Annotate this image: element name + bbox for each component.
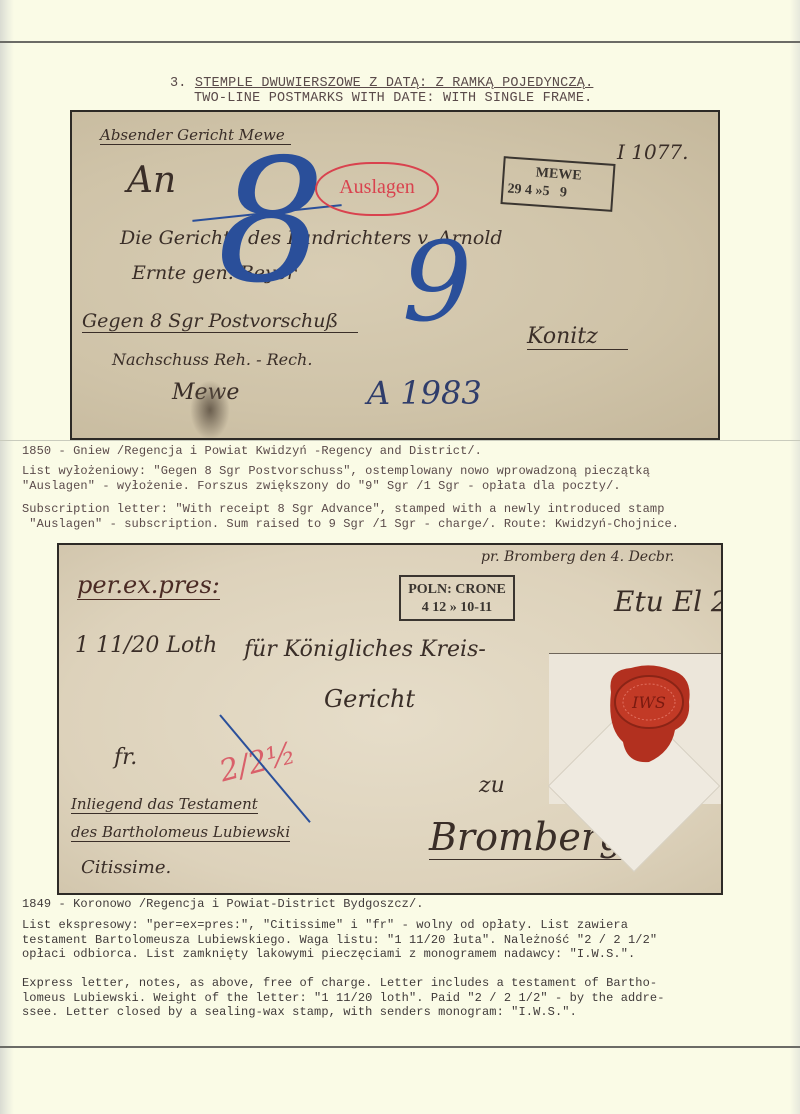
reh-note: Nachschuss Reh. - Rech. <box>112 350 312 369</box>
heading-title-en: TWO-LINE POSTMARKS WITH DATE: WITH SINGL… <box>170 91 593 106</box>
heading-title-pl: STEMPLE DWUWIERSZOWE Z DATĄ: Z RAMKĄ POJ… <box>195 76 593 91</box>
cover-1-description-pl: List wyłożeniowy: "Gegen 8 Sgr Postvorsc… <box>22 464 650 493</box>
cover-2-envelope: per.ex.pres: pr. Bromberg den 4. Decbr. … <box>57 543 723 895</box>
svg-text:IWS: IWS <box>631 693 666 712</box>
reference-number: I 1077. <box>617 140 689 164</box>
addressee-an: An <box>127 160 176 201</box>
top-rule <box>0 41 800 43</box>
citissime-note: Citissime. <box>81 857 171 878</box>
franco-mark: fr. <box>114 745 137 770</box>
auslagen-stamp: Auslagen <box>315 162 439 216</box>
cover-1-envelope: Absender Gericht Mewe I 1077. An Die Ger… <box>70 110 720 440</box>
wax-seal-icon: IWS <box>601 662 695 766</box>
poln-crone-postmark: POLN: CRONE 4 12 » 10-11 <box>399 575 515 621</box>
cover-1-description-en: Subscription letter: "With receipt 8 Sgr… <box>22 502 679 531</box>
postmark-date: 4 12 » 10-11 <box>401 599 513 617</box>
bottom-rule <box>0 1046 800 1048</box>
mewe-postmark: MEWE 29 4 »5 9 <box>500 156 615 212</box>
page-right-edge <box>790 0 800 1114</box>
cover-1-title: 1850 - Gniew /Regencja i Powiat Kwidzyń … <box>22 444 482 459</box>
page-heading: 3. STEMPLE DWUWIERSZOWE Z DATĄ: Z RAMKĄ … <box>170 76 593 106</box>
cover-2-description-pl: List ekspresowy: "per=ex=pres:", "Citiss… <box>22 918 657 962</box>
zu-note: zu <box>479 773 505 798</box>
addressee-line-2: Gericht <box>324 685 415 713</box>
addressee-line-1: für Königliches Kreis- <box>244 637 486 662</box>
postmark-town: POLN: CRONE <box>401 581 513 599</box>
registration-number: A 1983 <box>367 374 482 412</box>
route-note: pr. Bromberg den 4. Decbr. <box>481 549 675 565</box>
blue-9-mark: 9 <box>402 222 472 342</box>
ink-stain <box>190 380 230 440</box>
cover-2-description-en: Express letter, notes, as above, free of… <box>22 976 665 1020</box>
content-note-1: Inliegend das Testament <box>71 795 258 814</box>
blue-8-mark: 8 <box>217 132 325 312</box>
express-note: per.ex.pres: <box>77 571 220 600</box>
charge-note: Etu El 2 <box>614 585 723 618</box>
destination-city: Konitz <box>527 324 628 350</box>
middle-rule <box>0 440 800 441</box>
heading-number: 3. <box>170 76 187 91</box>
content-note-2: des Bartholomeus Lubiewski <box>71 823 290 842</box>
weight-note: 1 11/20 Loth <box>75 633 217 658</box>
page-left-edge <box>0 0 14 1114</box>
cover-2-title: 1849 - Koronowo /Regencja i Powiat-Distr… <box>22 897 424 912</box>
